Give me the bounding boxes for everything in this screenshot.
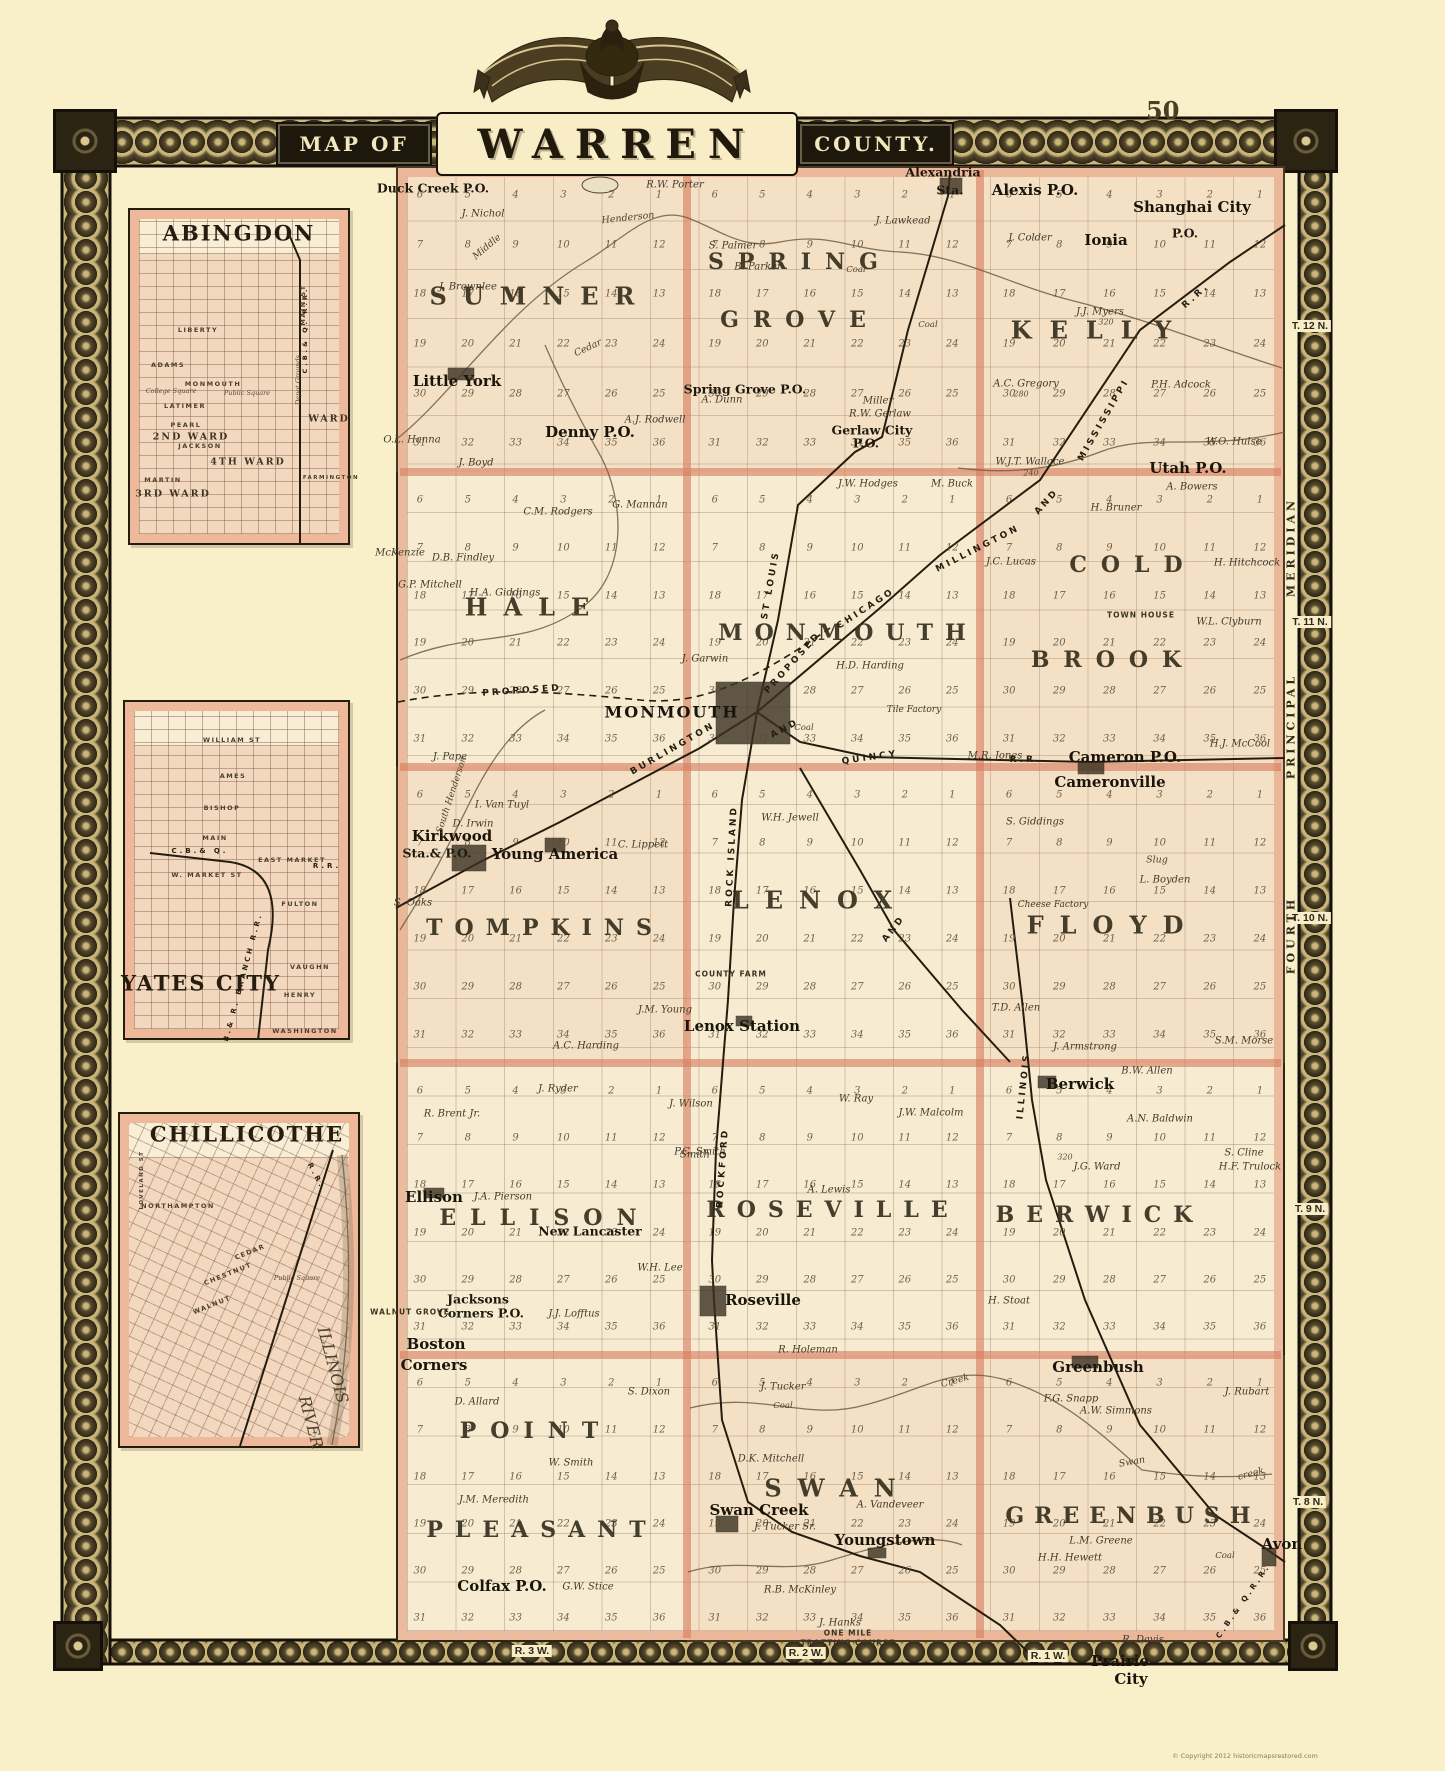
- section-number: 33: [509, 1322, 522, 1333]
- section-number: 32: [461, 734, 474, 745]
- section-number: 16: [509, 1180, 522, 1191]
- section-number: 6: [1006, 1085, 1012, 1096]
- section-number: 3: [854, 790, 860, 801]
- section-number: 13: [946, 289, 959, 300]
- section-number: 2: [1207, 1085, 1213, 1096]
- section-number: 3: [560, 1377, 566, 1388]
- meridian-label: MERIDIAN: [1285, 497, 1298, 597]
- street-label: MARTIN: [144, 476, 182, 484]
- section-number: 24: [1254, 1227, 1267, 1238]
- landowner-label: P.H. Adcock: [1151, 380, 1211, 391]
- section-number: 28: [803, 686, 816, 697]
- section-number: 22: [851, 1519, 864, 1530]
- section-number: 1: [1257, 494, 1263, 505]
- landowner-label: L.M. Greene: [1069, 1536, 1132, 1547]
- section-number: 26: [605, 388, 618, 399]
- section-number: 4: [807, 1377, 813, 1388]
- section-number: 17: [756, 289, 769, 300]
- section-number: 18: [1003, 886, 1016, 897]
- section-number: 23: [898, 1519, 911, 1530]
- landowner-label: D.K. Mitchell: [738, 1454, 804, 1465]
- section-number: 16: [509, 1471, 522, 1482]
- border-corner-topleft: [54, 110, 116, 172]
- section-number: 7: [417, 1133, 423, 1144]
- section-number: 27: [557, 1275, 570, 1286]
- section-number: 30: [414, 1566, 427, 1577]
- town-label: City: [1114, 1670, 1147, 1688]
- section-number: 2: [902, 790, 908, 801]
- section-number: 30: [708, 1566, 721, 1577]
- section-number: 11: [1203, 838, 1216, 849]
- acreage-label: 240: [1023, 469, 1038, 478]
- section-number: 31: [708, 1322, 721, 1333]
- section-number: 27: [1153, 1566, 1166, 1577]
- meridian-label: PRINCIPAL: [1285, 673, 1298, 779]
- town-label: Ionia: [1084, 231, 1127, 249]
- section-number: 21: [803, 934, 816, 945]
- section-number: 4: [807, 494, 813, 505]
- section-number: 34: [1153, 734, 1166, 745]
- section-number: 15: [1153, 1180, 1166, 1191]
- street-label: FULTON: [281, 900, 318, 908]
- section-number: 19: [414, 1519, 427, 1530]
- section-number: 36: [946, 1322, 959, 1333]
- section-number: 27: [557, 982, 570, 993]
- section-number: 5: [465, 1085, 471, 1096]
- landowner-label: H.J. McCool: [1210, 739, 1270, 750]
- section-number: 14: [605, 886, 618, 897]
- section-number: 21: [509, 338, 522, 349]
- section-number: 22: [557, 338, 570, 349]
- section-number: 26: [605, 686, 618, 697]
- section-number: 5: [759, 1085, 765, 1096]
- town-label: New Lancaster: [538, 1224, 642, 1239]
- street-label: NORTHAMPTON: [141, 1202, 215, 1210]
- grid-edge-label: T. 12 N.: [1289, 320, 1331, 332]
- section-number: 2: [902, 1377, 908, 1388]
- section-number: 8: [1056, 542, 1062, 553]
- landowner-label: Miller: [863, 396, 894, 407]
- section-number: 27: [557, 388, 570, 399]
- section-number: 4: [512, 189, 518, 200]
- section-number: 31: [414, 734, 427, 745]
- landowner-label: C. Lippett: [618, 840, 668, 851]
- section-number: 18: [414, 289, 427, 300]
- street-label: WILLIAM ST: [203, 736, 261, 744]
- section-number: 8: [759, 838, 765, 849]
- street-label: MAIN: [202, 834, 227, 842]
- landowner-label: H.A. Giddings: [470, 588, 541, 599]
- section-number: 24: [946, 1227, 959, 1238]
- section-number: 13: [653, 1180, 666, 1191]
- section-number: 1: [656, 189, 662, 200]
- section-number: 34: [557, 1030, 570, 1041]
- landowner-label: J. Armstrong: [1053, 1042, 1117, 1053]
- section-number: 35: [605, 1030, 618, 1041]
- section-number: 10: [1153, 838, 1166, 849]
- section-number: 6: [417, 1085, 423, 1096]
- landowner-label: A. Lewis: [807, 1185, 850, 1196]
- landowner-label: J. Brownlee: [439, 282, 497, 293]
- town-label: Greenbush: [1052, 1358, 1143, 1376]
- street-label: HENRY: [284, 991, 316, 999]
- section-number: 5: [465, 790, 471, 801]
- section-number: 9: [512, 1133, 518, 1144]
- section-number: 5: [465, 494, 471, 505]
- landowner-label: G.P. Mitchell: [398, 580, 462, 591]
- section-number: 21: [1103, 1227, 1116, 1238]
- section-number: 28: [1103, 1275, 1116, 1286]
- section-number: 34: [1153, 1322, 1166, 1333]
- township-label: SWAN: [764, 1474, 911, 1503]
- section-number: 35: [1203, 1613, 1216, 1624]
- section-number: 31: [708, 438, 721, 449]
- inset-title: ABINGDON: [163, 221, 316, 246]
- section-number: 12: [946, 542, 959, 553]
- landowner-label: W. Smith: [549, 1458, 594, 1469]
- section-number: 29: [756, 1275, 769, 1286]
- section-number: 13: [1254, 590, 1267, 601]
- section-number: 6: [1006, 790, 1012, 801]
- meridian-label: FOURTH: [1285, 896, 1298, 975]
- section-number: 16: [1103, 289, 1116, 300]
- landowner-label: W.O. Hulse: [1206, 437, 1261, 448]
- section-number: 25: [653, 1566, 666, 1577]
- section-number: 32: [461, 1613, 474, 1624]
- section-number: 23: [898, 1227, 911, 1238]
- section-number: 34: [1153, 438, 1166, 449]
- section-number: 4: [807, 189, 813, 200]
- landowner-label: A.W. Simmons: [1080, 1406, 1152, 1417]
- section-number: 18: [1003, 1180, 1016, 1191]
- section-number: 32: [1053, 1322, 1066, 1333]
- landowner-label: L. Boyden: [1140, 875, 1191, 886]
- town-label: Avon: [1262, 1535, 1303, 1553]
- section-number: 30: [414, 686, 427, 697]
- section-number: 3: [560, 790, 566, 801]
- section-number: 3: [560, 189, 566, 200]
- section-number: 18: [414, 1471, 427, 1482]
- town-label: Roseville: [725, 1291, 801, 1309]
- landowner-label: J.C. Lucas: [986, 557, 1036, 568]
- section-number: 30: [414, 982, 427, 993]
- section-number: 13: [653, 289, 666, 300]
- section-number: 27: [851, 388, 864, 399]
- section-number: 31: [1003, 1613, 1016, 1624]
- section-number: 31: [1003, 734, 1016, 745]
- section-number: 8: [1056, 1133, 1062, 1144]
- section-number: 24: [1254, 338, 1267, 349]
- creek-label: Coal: [846, 265, 865, 275]
- section-number: 3: [1156, 494, 1162, 505]
- section-number: 2: [608, 1377, 614, 1388]
- inset-street-grid: [139, 219, 339, 534]
- section-number: 20: [461, 638, 474, 649]
- section-number: 16: [1103, 1180, 1116, 1191]
- section-number: 20: [1053, 1227, 1066, 1238]
- map-page: 50 MAP OF WARREN COUNTY.: [0, 0, 1445, 1771]
- section-number: 6: [1006, 494, 1012, 505]
- section-number: 12: [946, 239, 959, 250]
- section-number: 24: [1254, 934, 1267, 945]
- poi-label: TOWN HOUSE: [1107, 611, 1175, 620]
- town-label: Corners P.O.: [438, 1306, 524, 1321]
- border-corner-topright: [1275, 110, 1337, 172]
- square-label: Public Square: [274, 1274, 320, 1282]
- section-number: 18: [1003, 590, 1016, 601]
- landowner-label: R. Holeman: [778, 1345, 838, 1356]
- section-number: 33: [509, 1613, 522, 1624]
- town-label: Cameron P.O.: [1069, 748, 1182, 766]
- section-number: 23: [1203, 338, 1216, 349]
- landowner-label: A. Vandeveer: [857, 1500, 924, 1511]
- section-number: 24: [653, 1227, 666, 1238]
- section-number: 32: [1053, 734, 1066, 745]
- section-number: 9: [807, 1133, 813, 1144]
- section-number: 17: [461, 1471, 474, 1482]
- section-number: 12: [946, 1133, 959, 1144]
- section-number: 12: [653, 1424, 666, 1435]
- copyright-note: © Copyright 2012 historicmapsrestored.co…: [1160, 1752, 1330, 1760]
- section-number: 25: [653, 1275, 666, 1286]
- section-number: 17: [1053, 590, 1066, 601]
- section-number: 19: [414, 638, 427, 649]
- street-label: VAUGHN: [290, 963, 330, 971]
- section-number: 18: [1003, 1471, 1016, 1482]
- street-label: LIBERTY: [178, 326, 218, 334]
- ward-label: 3RD WARD: [135, 489, 211, 500]
- town-label: Colfax P.O.: [457, 1577, 546, 1595]
- section-number: 14: [1203, 1471, 1216, 1482]
- inset-chillicothe: [118, 1112, 360, 1448]
- section-number: 28: [509, 388, 522, 399]
- landowner-label: H. Stoat: [988, 1296, 1030, 1307]
- township-label: BERWICK: [996, 1202, 1205, 1228]
- section-number: 19: [414, 1227, 427, 1238]
- creek-label: Coal: [918, 320, 937, 330]
- section-number: 27: [851, 686, 864, 697]
- landowner-label: R.W. Porter: [646, 180, 703, 191]
- town-label: Sta.& P.O.: [402, 846, 471, 861]
- section-number: 16: [1103, 886, 1116, 897]
- landowner-label: A.C. Harding: [553, 1041, 619, 1052]
- section-number: 29: [461, 982, 474, 993]
- creek-label: Coal: [773, 1401, 792, 1411]
- section-number: 20: [756, 1227, 769, 1238]
- section-number: 6: [417, 494, 423, 505]
- township-label: PLEASANT: [426, 1517, 657, 1543]
- section-number: 17: [461, 1180, 474, 1191]
- inset-title: YATES CITY: [121, 971, 281, 996]
- section-number: 21: [509, 638, 522, 649]
- town-label: Alexandria: [905, 165, 980, 180]
- range-line: [976, 170, 984, 1638]
- poi-label: COUNTY FARM: [695, 970, 767, 979]
- section-number: 11: [1203, 239, 1216, 250]
- section-number: 25: [653, 982, 666, 993]
- section-number: 31: [708, 1613, 721, 1624]
- street-label: LATIMER: [164, 402, 206, 410]
- ward-label: 2ND WARD: [153, 432, 229, 443]
- section-number: 36: [653, 1030, 666, 1041]
- landowner-label: A.N. Baldwin: [1127, 1114, 1193, 1125]
- township-label: LENOX: [732, 886, 908, 915]
- town-label: Little York: [413, 372, 501, 390]
- section-number: 9: [807, 1424, 813, 1435]
- section-number: 13: [1254, 289, 1267, 300]
- section-number: 7: [1006, 1424, 1012, 1435]
- section-number: 3: [854, 1377, 860, 1388]
- landowner-label: Smith: [680, 1150, 710, 1161]
- section-number: 16: [509, 886, 522, 897]
- section-number: 12: [946, 838, 959, 849]
- section-number: 23: [605, 638, 618, 649]
- landowner-label: H.H. Hewett: [1038, 1553, 1102, 1564]
- landowner-label: D.B. Findley: [432, 553, 494, 564]
- landowner-label: A. Bowers: [1166, 482, 1217, 493]
- section-number: 10: [557, 1133, 570, 1144]
- railroad-label: R.R.: [313, 862, 341, 870]
- section-number: 35: [898, 438, 911, 449]
- section-number: 13: [946, 1471, 959, 1482]
- section-number: 13: [653, 886, 666, 897]
- section-number: 33: [803, 734, 816, 745]
- section-number: 1: [949, 1085, 955, 1096]
- section-number: 22: [851, 338, 864, 349]
- border-right: [1299, 118, 1331, 1664]
- section-number: 33: [803, 1322, 816, 1333]
- section-number: 11: [605, 239, 618, 250]
- section-number: 14: [605, 1180, 618, 1191]
- landowner-label: I. Van Tuyl: [475, 800, 529, 811]
- section-number: 15: [1153, 289, 1166, 300]
- township-label: GROVE: [720, 307, 880, 333]
- landowner-label: D. Irwin: [453, 819, 494, 830]
- section-number: 7: [417, 1424, 423, 1435]
- section-number: 1: [949, 494, 955, 505]
- section-number: 26: [898, 388, 911, 399]
- section-number: 5: [465, 1377, 471, 1388]
- section-number: 8: [759, 542, 765, 553]
- landowner-label: J.W. Malcolm: [899, 1108, 964, 1119]
- section-number: 29: [1053, 388, 1066, 399]
- section-number: 19: [414, 934, 427, 945]
- section-number: 32: [756, 734, 769, 745]
- section-number: 4: [512, 1377, 518, 1388]
- section-number: 25: [946, 686, 959, 697]
- section-number: 11: [898, 1424, 911, 1435]
- section-number: 22: [557, 638, 570, 649]
- section-number: 10: [1153, 1424, 1166, 1435]
- landowner-label: O.L. Hanna: [383, 435, 440, 446]
- section-number: 34: [557, 1613, 570, 1624]
- section-number: 4: [512, 494, 518, 505]
- title-banner-county: COUNTY.: [800, 124, 952, 164]
- section-number: 18: [708, 1471, 721, 1482]
- landowner-label: R.B. McKinley: [764, 1585, 836, 1596]
- title-map-of: MAP OF: [299, 132, 408, 156]
- landowner-label: A.C. Gregory: [993, 379, 1059, 390]
- section-number: 34: [557, 734, 570, 745]
- section-number: 33: [1103, 1613, 1116, 1624]
- section-number: 13: [653, 590, 666, 601]
- section-number: 29: [1053, 982, 1066, 993]
- section-number: 23: [1203, 1227, 1216, 1238]
- section-number: 26: [1203, 1275, 1216, 1286]
- landowner-label: J. Boyd: [458, 458, 493, 469]
- section-number: 21: [803, 1227, 816, 1238]
- section-number: 27: [1153, 1275, 1166, 1286]
- section-number: 31: [414, 1030, 427, 1041]
- section-number: 10: [851, 542, 864, 553]
- section-number: 32: [756, 438, 769, 449]
- section-number: 1: [1257, 189, 1263, 200]
- inset-title: CHILLICOTHE: [150, 1122, 344, 1147]
- township-label: COLD: [1069, 552, 1196, 578]
- section-number: 36: [946, 1030, 959, 1041]
- section-number: 29: [756, 982, 769, 993]
- section-number: 23: [605, 338, 618, 349]
- section-number: 36: [653, 1613, 666, 1624]
- section-number: 24: [1254, 638, 1267, 649]
- section-number: 30: [708, 1275, 721, 1286]
- section-number: 10: [557, 239, 570, 250]
- section-number: 36: [653, 438, 666, 449]
- section-number: 35: [605, 734, 618, 745]
- section-number: 18: [708, 590, 721, 601]
- landowner-label: R. Davis: [1122, 1635, 1164, 1646]
- section-number: 2: [608, 189, 614, 200]
- town-label: Prairie: [1091, 1652, 1149, 1670]
- section-number: 26: [605, 1275, 618, 1286]
- section-number: 30: [414, 1275, 427, 1286]
- section-number: 13: [653, 1471, 666, 1482]
- section-number: 33: [509, 734, 522, 745]
- section-number: 21: [803, 338, 816, 349]
- section-number: 11: [898, 838, 911, 849]
- ward-label: 4TH WARD: [210, 457, 286, 468]
- poi-label: WALNUT GROVE: [370, 1308, 450, 1317]
- section-number: 24: [653, 338, 666, 349]
- landowner-label: W.J.T. Wallace: [996, 457, 1065, 468]
- section-number: 10: [1153, 1133, 1166, 1144]
- section-number: 15: [1153, 886, 1166, 897]
- section-number: 7: [1006, 838, 1012, 849]
- landowner-label: H.F. Trulock: [1219, 1162, 1281, 1173]
- section-number: 4: [1106, 189, 1112, 200]
- section-number: 11: [605, 542, 618, 553]
- section-number: 19: [708, 1519, 721, 1530]
- section-number: 28: [803, 1275, 816, 1286]
- section-number: 1: [949, 790, 955, 801]
- section-number: 12: [1254, 542, 1267, 553]
- title-banner-map-of: MAP OF: [278, 124, 430, 164]
- section-number: 14: [605, 1471, 618, 1482]
- landowner-label: F.G. Snapp: [1044, 1394, 1099, 1405]
- grid-edge-label: R. 2 W.: [786, 1647, 826, 1659]
- section-number: 28: [1103, 1566, 1116, 1577]
- section-number: 34: [851, 1030, 864, 1041]
- section-number: 20: [756, 934, 769, 945]
- section-number: 34: [1153, 1030, 1166, 1041]
- section-number: 14: [898, 289, 911, 300]
- landowner-label: J. Tucker: [760, 1382, 805, 1393]
- section-number: 15: [1153, 1471, 1166, 1482]
- town-label: Lenox Station: [684, 1017, 800, 1035]
- border-corner-bottomright: [1289, 1622, 1337, 1670]
- landowner-label: J.W. Hodges: [838, 479, 898, 490]
- section-number: 14: [1203, 1180, 1216, 1191]
